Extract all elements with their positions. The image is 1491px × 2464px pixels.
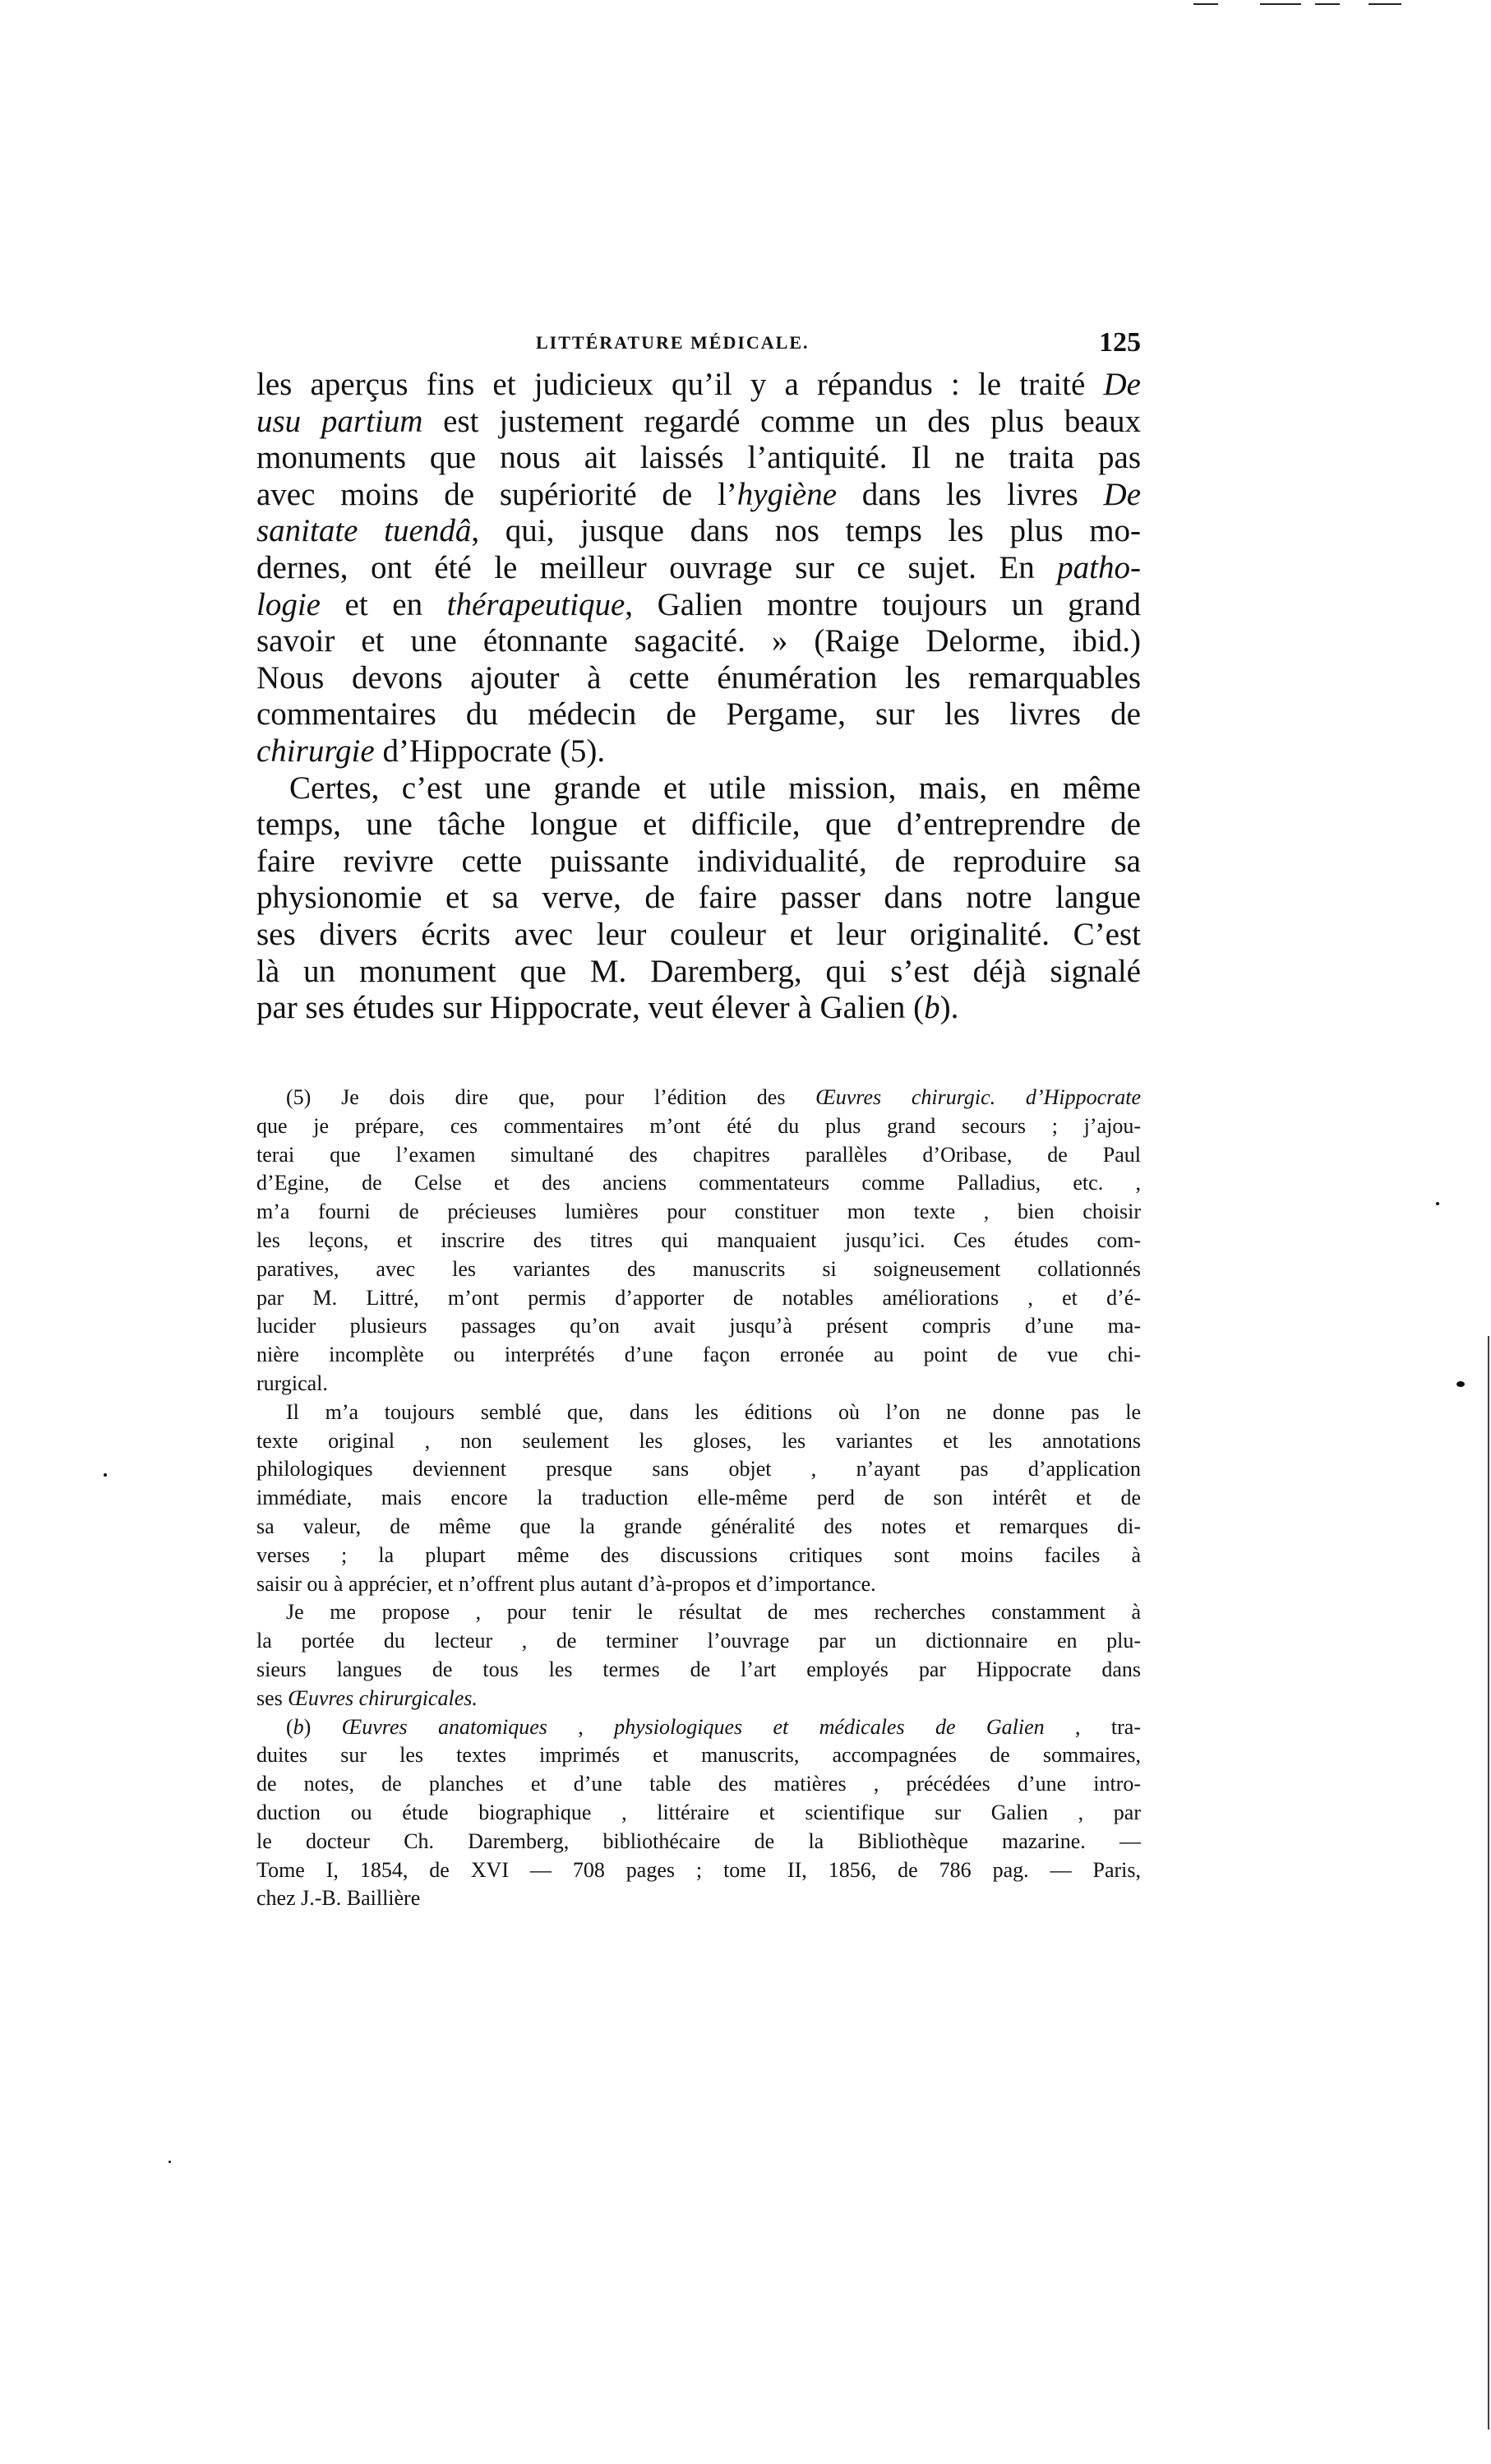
text-run: les leçons, et inscrire des titres qui m…: [256, 1228, 1141, 1252]
footnote-line: duites sur les textes imprimés et manusc…: [256, 1741, 1141, 1770]
scan-artifact-right-edge-line: [1488, 1336, 1489, 2429]
scan-artifact-dot: [1436, 1202, 1439, 1205]
text-run: verses ; la plupart même des discussions…: [256, 1543, 1141, 1567]
text-run: duction ou étude biographique , littérai…: [256, 1801, 1141, 1824]
text-run: philologiques deviennent presque sans ob…: [256, 1457, 1141, 1481]
footnote-line: chez J.-B. Baillière: [256, 1884, 1141, 1913]
footnote-line: terai que l’examen simultané des chapitr…: [256, 1141, 1141, 1170]
scan-artifact-top-rule: [1260, 3, 1301, 5]
footnote-line: ses Œuvres chirurgicales.: [256, 1685, 1141, 1713]
text-run: la portée du lecteur , de terminer l’ouv…: [256, 1629, 1141, 1653]
text-run: commentaires du médecin de Pergame, sur …: [256, 696, 1141, 732]
text-run: sieurs langues de tous les termes de l’a…: [256, 1657, 1141, 1681]
text-run: ).: [940, 990, 959, 1025]
text-run: terai que l’examen simultané des chapitr…: [256, 1143, 1141, 1167]
footnote-line: que je prépare, ces commentaires m’ont é…: [256, 1112, 1141, 1141]
text-run: par M. Littré, m’ont permis d’apporter d…: [256, 1286, 1141, 1310]
text-run: nière incomplète ou interprétés d’une fa…: [256, 1343, 1141, 1366]
text-run: Certes, c’est une grande et utile missio…: [289, 770, 1141, 806]
text-run: , qui, jusque dans nos temps les plus mo…: [471, 513, 1141, 548]
italic-text: chirurgie: [256, 733, 375, 769]
text-run: d’Egine, de Celse et des anciens comment…: [256, 1171, 1141, 1195]
text-run: lucider plusieurs passages qu’on avait j…: [256, 1314, 1141, 1338]
footnote-line: nière incomplète ou interprétés d’une fa…: [256, 1341, 1141, 1370]
body-line: ses divers écrits avec leur couleur et l…: [256, 917, 1141, 954]
text-run: Tome I, 1854, de XVI — 708 pages ; tome …: [256, 1858, 1141, 1882]
italic-text: patho-: [1057, 550, 1141, 585]
footnote-line: Tome I, 1854, de XVI — 708 pages ; tome …: [256, 1856, 1141, 1885]
footnote-line: duction ou étude biographique , littérai…: [256, 1799, 1141, 1828]
body-text: les aperçus fins et judicieux qu’il y a …: [256, 367, 1141, 1027]
body-line: faire revivre cette puissante individual…: [256, 844, 1141, 881]
text-run: Il m’a toujours semblé que, dans les édi…: [286, 1400, 1141, 1424]
footnote-line: d’Egine, de Celse et des anciens comment…: [256, 1169, 1141, 1198]
text-run: que je prépare, ces commentaires m’ont é…: [256, 1114, 1141, 1138]
footnote-line: (b) Œuvres anatomiques , physiologiques …: [256, 1713, 1141, 1742]
italic-text: Œuvres chirurgicales.: [288, 1686, 478, 1710]
text-run: ,: [547, 1715, 614, 1739]
footnotes: (5) Je dois dire que, pour l’édition des…: [256, 1084, 1141, 1913]
body-line: par ses études sur Hippocrate, veut élev…: [256, 990, 1141, 1027]
text-run: d’Hippocrate (5).: [375, 733, 605, 769]
text-run: le docteur Ch. Daremberg, bibliothécaire…: [256, 1829, 1141, 1853]
italic-text: De: [1104, 477, 1141, 512]
running-head: LITTÉRATURE MÉDICALE. 125: [256, 327, 1141, 360]
text-run: de notes, de planches et d’une table des…: [256, 1772, 1141, 1796]
body-line: usu partium est justement regardé comme …: [256, 404, 1141, 441]
body-line: les aperçus fins et judicieux qu’il y a …: [256, 367, 1141, 404]
text-run: rurgical.: [256, 1371, 328, 1395]
text-run: m’a fourni de précieuses lumières pour c…: [256, 1200, 1141, 1223]
footnote-line: lucider plusieurs passages qu’on avait j…: [256, 1312, 1141, 1341]
text-run: duites sur les textes imprimés et manusc…: [256, 1743, 1141, 1767]
text-run: temps, une tâche longue et difficile, qu…: [256, 807, 1141, 842]
body-line: temps, une tâche longue et difficile, qu…: [256, 807, 1141, 844]
text-run: et en: [321, 587, 447, 622]
text-run: Je me propose , pour tenir le résultat d…: [286, 1600, 1141, 1624]
footnote-line: Je me propose , pour tenir le résultat d…: [256, 1598, 1141, 1627]
footnote-line: de notes, de planches et d’une table des…: [256, 1770, 1141, 1799]
text-run: Nous devons ajouter à cette énumération …: [256, 660, 1141, 696]
italic-text: logie: [256, 587, 321, 622]
footnote-line: sa valeur, de même que la grande général…: [256, 1513, 1141, 1542]
text-run: dans les livres: [837, 477, 1103, 512]
italic-text: Œuvres chirurgic. d’Hippocrate: [815, 1085, 1141, 1109]
text-run: savoir et une étonnante sagacité. » (Rai…: [256, 623, 1141, 659]
text-run: , Galien montre toujours un grand: [625, 587, 1141, 622]
body-line: logie et en thérapeutique, Galien montre…: [256, 587, 1141, 624]
body-line: chirurgie d’Hippocrate (5).: [256, 733, 1141, 770]
text-run: (5) Je dois dire que, pour l’édition des: [286, 1085, 815, 1109]
italic-text: physiologiques et médicales de Galien: [614, 1715, 1045, 1739]
text-run: immédiate, mais encore la traduction ell…: [256, 1486, 1141, 1509]
scan-artifact-ink-blot: [1456, 1381, 1465, 1387]
body-line: sanitate tuendâ, qui, jusque dans nos te…: [256, 513, 1141, 550]
footnote-line: sieurs langues de tous les termes de l’a…: [256, 1656, 1141, 1685]
footnote-line: paratives, avec les variantes des manusc…: [256, 1255, 1141, 1284]
body-line: là un monument que M. Daremberg, qui s’e…: [256, 954, 1141, 991]
footnote-line: m’a fourni de précieuses lumières pour c…: [256, 1198, 1141, 1227]
text-run: là un monument que M. Daremberg, qui s’e…: [256, 954, 1141, 989]
text-run: ses: [256, 1686, 288, 1710]
italic-text: b: [924, 990, 940, 1025]
footnote-line: le docteur Ch. Daremberg, bibliothécaire…: [256, 1828, 1141, 1856]
body-line: physionomie et sa verve, de faire passer…: [256, 880, 1141, 917]
text-run: saisir ou à apprécier, et n’offrent plus…: [256, 1572, 876, 1596]
footnote-line: saisir ou à apprécier, et n’offrent plus…: [256, 1570, 1141, 1599]
text-run: (: [286, 1715, 293, 1739]
text-run: monuments que nous ait laissés l’antiqui…: [256, 440, 1141, 475]
italic-text: b: [293, 1715, 304, 1739]
body-line: commentaires du médecin de Pergame, sur …: [256, 696, 1141, 733]
scan-artifact-top-rule: [1315, 3, 1340, 5]
footnote-line: verses ; la plupart même des discussions…: [256, 1542, 1141, 1570]
body-line: avec moins de supériorité de l’hygiène d…: [256, 477, 1141, 514]
italic-text: Œuvres anatomiques: [342, 1715, 547, 1739]
text-run: sa valeur, de même que la grande général…: [256, 1514, 1141, 1538]
text-run: texte original , non seulement les glose…: [256, 1429, 1141, 1453]
running-title: LITTÉRATURE MÉDICALE.: [536, 332, 810, 354]
text-run: faire revivre cette puissante individual…: [256, 844, 1141, 879]
body-line: monuments que nous ait laissés l’antiqui…: [256, 440, 1141, 477]
scan-artifact-top-rule: [1369, 3, 1401, 5]
scanned-page: LITTÉRATURE MÉDICALE. 125 les aperçus fi…: [0, 0, 1491, 2464]
scan-artifact-dot: [104, 1473, 107, 1477]
text-run: ses divers écrits avec leur couleur et l…: [256, 917, 1141, 952]
italic-text: usu partium: [256, 404, 422, 439]
body-line: Certes, c’est une grande et utile missio…: [256, 770, 1141, 807]
text-run: paratives, avec les variantes des manusc…: [256, 1257, 1141, 1281]
italic-text: sanitate tuendâ: [256, 513, 471, 548]
footnote-line: texte original , non seulement les glose…: [256, 1427, 1141, 1456]
footnote-line: Il m’a toujours semblé que, dans les édi…: [256, 1398, 1141, 1427]
text-run: dernes, ont été le meilleur ouvrage sur …: [256, 550, 1057, 585]
footnote-line: rurgical.: [256, 1370, 1141, 1398]
body-line: savoir et une étonnante sagacité. » (Rai…: [256, 623, 1141, 660]
scan-artifact-dot: [168, 2161, 171, 2163]
text-run: par ses études sur Hippocrate, veut élev…: [256, 990, 924, 1025]
text-run: chez J.-B. Baillière: [256, 1886, 420, 1910]
text-run: avec moins de supériorité de l’: [256, 477, 737, 512]
footnote-line: par M. Littré, m’ont permis d’apporter d…: [256, 1284, 1141, 1313]
footnote-line: immédiate, mais encore la traduction ell…: [256, 1484, 1141, 1513]
scan-artifact-top-rule: [1193, 3, 1218, 5]
footnote-line: philologiques deviennent presque sans ob…: [256, 1455, 1141, 1484]
body-line: Nous devons ajouter à cette énumération …: [256, 660, 1141, 697]
text-run: physionomie et sa verve, de faire passer…: [256, 880, 1141, 915]
italic-text: De: [1104, 367, 1141, 402]
italic-text: hygiène: [737, 477, 837, 512]
footnote-line: (5) Je dois dire que, pour l’édition des…: [256, 1084, 1141, 1112]
text-run: les aperçus fins et judicieux qu’il y a …: [256, 367, 1104, 402]
body-line: dernes, ont été le meilleur ouvrage sur …: [256, 550, 1141, 587]
text-run: ): [304, 1715, 342, 1739]
italic-text: thérapeutique: [447, 587, 625, 622]
footnote-line: la portée du lecteur , de terminer l’ouv…: [256, 1627, 1141, 1656]
page-number: 125: [1099, 327, 1141, 358]
text-run: est justement regardé comme un des plus …: [422, 404, 1141, 439]
text-run: , tra-: [1045, 1715, 1141, 1739]
footnote-line: les leçons, et inscrire des titres qui m…: [256, 1227, 1141, 1255]
